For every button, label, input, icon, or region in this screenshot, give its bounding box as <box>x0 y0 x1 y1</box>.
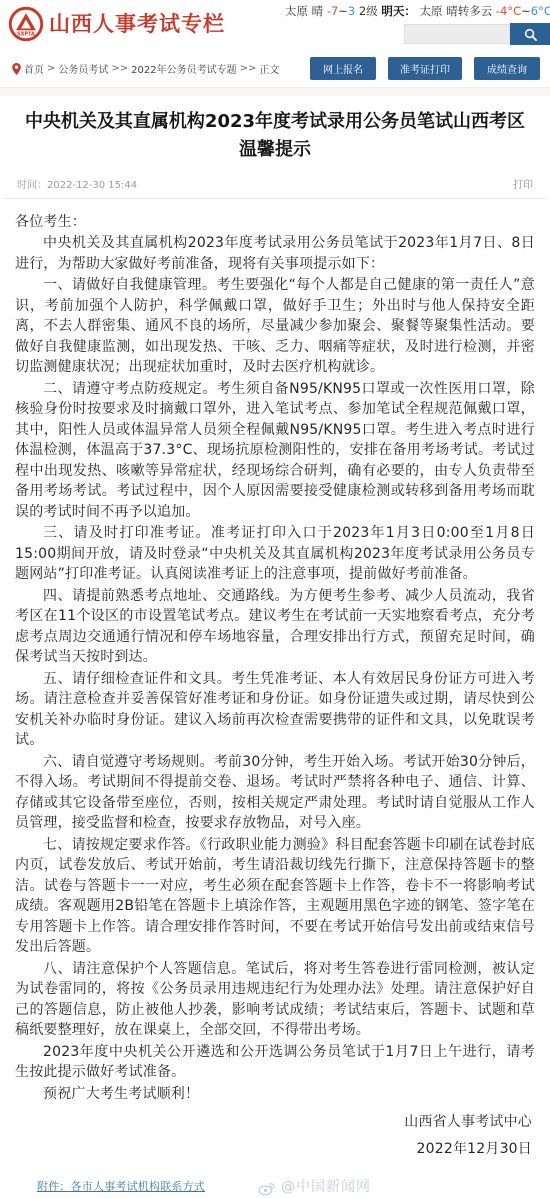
print-button[interactable]: 打印 <box>513 176 533 191</box>
publish-time: 时间：2022-12-30 15:44 <box>17 176 137 191</box>
weibo-icon <box>257 1180 277 1196</box>
weather-wind: 2级 <box>355 4 381 18</box>
body-paragraph: 2023年度中央机关公开遴选和公开选调公务员笔试于1月7日上午进行，请考生按此提… <box>15 1042 535 1083</box>
breadcrumb: 首页 > 公务员考试 >> 2022年公务员考试专题 >> 正文 <box>12 61 279 76</box>
watermark-text: @中国新闻网 <box>281 1177 371 1198</box>
body-paragraph: 三、请及时打印准考证。准考证打印入口于2023年1月3日0:00至1月8日15:… <box>15 523 535 585</box>
breadcrumb-separator: >> <box>240 63 257 74</box>
weather-temp-low: -7 <box>327 4 338 18</box>
quick-nav-buttons: 网上报名 准考证打印 成绩查询 <box>310 57 540 80</box>
attachment: 附件：各市人事考试机构联系方式 <box>37 1177 205 1198</box>
article-meta: 时间：2022-12-30 15:44 打印 <box>4 173 546 199</box>
weather-bar: 太原 晴 -7~3 2级 明天： 太原 晴转多云 -4°C~6°C <box>285 3 550 19</box>
attachment-label: 附件： <box>37 1180 71 1193</box>
weather-temp2-high: 6°C <box>531 4 550 18</box>
body-paragraph: 四、请提前熟悉考点地址、交通路线。为方便考生参考、减少人员流动，我省考区在11个… <box>15 586 535 668</box>
breadcrumb-item-civil-service[interactable]: 公务员考试 <box>58 61 108 76</box>
body-paragraph: 二、请遵守考点防疫规定。考生须自备N95/KN95口罩或一次性医用口罩，除核验身… <box>15 379 535 523</box>
search-button[interactable] <box>510 23 550 45</box>
admission-ticket-print-button[interactable]: 准考证打印 <box>388 57 462 80</box>
search-input[interactable] <box>404 24 510 44</box>
nav-row: 首页 > 公务员考试 >> 2022年公务员考试专题 >> 正文 网上报名 准考… <box>0 50 550 87</box>
site-header: SXPTA 山西人事考试专栏 太原 晴 -7~3 2级 明天： 太原 晴转多云 … <box>0 0 550 50</box>
weather-temp2-low: -4°C <box>496 4 521 18</box>
page-title: 中央机关及其直属机构2023年度考试录用公务员笔试山西考区温馨提示 <box>18 108 532 164</box>
body-paragraph: 一、请做好自我健康管理。考生要强化“每个人都是自己健康的第一责任人”意识，考前加… <box>15 275 535 378</box>
breadcrumb-item-2022-topic[interactable]: 2022年公务员考试专题 <box>131 61 236 76</box>
search-icon <box>524 28 537 41</box>
divider-band <box>0 87 550 96</box>
signature-org: 山西省人事考试中心 <box>15 1109 532 1136</box>
score-query-button[interactable]: 成绩查询 <box>474 57 540 80</box>
body-paragraph: 中央机关及其直属机构2023年度考试录用公务员笔试于2023年1月7日、8日进行… <box>15 233 535 274</box>
site-logo-icon: SXPTA <box>8 6 44 42</box>
body-paragraph: 五、请仔细检查证件和文具。考生凭准考证、本人有效居民身份证方可进入考场。请注意检… <box>15 669 535 751</box>
weather-tomorrow-label: 明天： <box>381 4 416 18</box>
location-pin-icon <box>12 63 21 75</box>
site-name: 山西人事考试专栏 <box>49 6 225 42</box>
breadcrumb-separator: >> <box>111 63 128 74</box>
watermark: @中国新闻网 <box>257 1177 371 1198</box>
signature-date: 2022年12月30日 <box>15 1136 532 1163</box>
signature-block: 山西省人事考试中心 2022年12月30日 <box>15 1109 535 1163</box>
article-body: 各位考生： 中央机关及其直属机构2023年度考试录用公务员笔试于2023年1月7… <box>2 199 548 1198</box>
salutation: 各位考生： <box>15 212 535 233</box>
body-paragraph: 七、请按规定要求作答。《行政职业能力测验》科目配套答题卡印刷在试卷封底内页，试卷… <box>15 835 535 958</box>
publish-time-label: 时间： <box>17 180 47 191</box>
search-row <box>285 23 550 45</box>
attachment-link[interactable]: 附件：各市人事考试机构联系方式 <box>37 1180 205 1193</box>
body-paragraph: 预祝广大考生考试顺利！ <box>15 1084 535 1105</box>
header-right: 太原 晴 -7~3 2级 明天： 太原 晴转多云 -4°C~6°C <box>285 3 550 45</box>
body-paragraph: 八、请注意保护个人答题信息。笔试后，将对考生答卷进行雷同检测，被认定为试卷雷同的… <box>15 959 535 1041</box>
footer-row: 附件：各市人事考试机构联系方式 @中国新闻网 <box>37 1177 535 1198</box>
article: 中央机关及其直属机构2023年度考试录用公务员笔试山西考区温馨提示 时间：202… <box>0 108 550 1198</box>
publish-time-value: 2022-12-30 15:44 <box>47 180 137 191</box>
weather-city-now: 太原 晴 <box>285 4 327 18</box>
attachment-link-text: 各市人事考试机构联系方式 <box>71 1180 205 1193</box>
page: SXPTA 山西人事考试专栏 太原 晴 -7~3 2级 明天： 太原 晴转多云 … <box>0 0 550 1198</box>
svg-text:SXPTA: SXPTA <box>17 32 35 38</box>
weather-tomorrow-city: 太原 晴转多云 <box>416 4 496 18</box>
weather-tilde2: ~ <box>521 4 531 18</box>
weather-tilde: ~ <box>338 4 348 18</box>
body-paragraph: 六、请自觉遵守考场规则。考前30分钟，考生开始入场。考试开始30分钟后，不得入场… <box>15 752 535 834</box>
breadcrumb-home[interactable]: 首页 <box>24 61 44 76</box>
breadcrumb-current: 正文 <box>259 61 279 76</box>
online-registration-button[interactable]: 网上报名 <box>310 57 376 80</box>
breadcrumb-separator: > <box>47 63 55 74</box>
